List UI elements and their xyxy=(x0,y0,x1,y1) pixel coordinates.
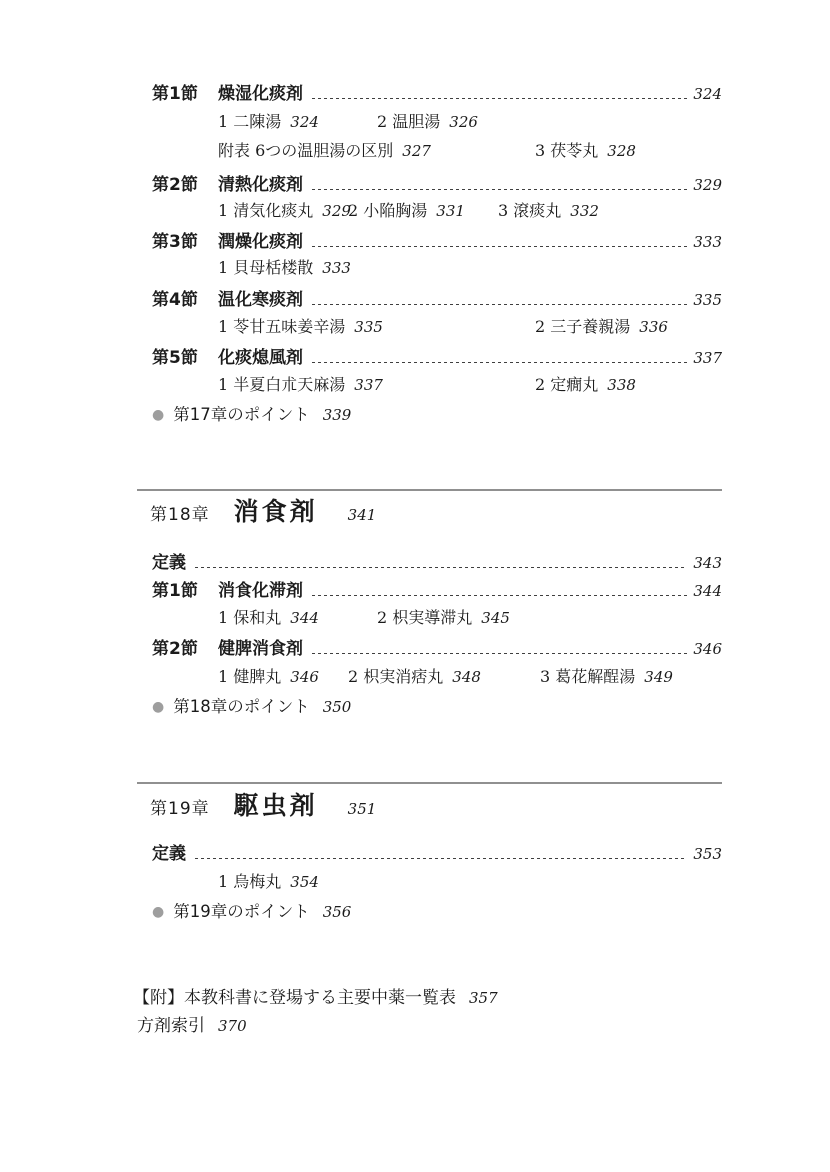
item-label: 3 茯苓丸 xyxy=(535,141,598,160)
item-page-number: 333 xyxy=(322,259,351,277)
toc-section-row: 第2節 健脾消食剤 346 xyxy=(152,637,722,661)
item-page-number: 326 xyxy=(449,113,478,131)
dotted-leader xyxy=(312,173,687,197)
item-page-number: 329 xyxy=(322,202,351,220)
section-number-label: 第1節 xyxy=(152,82,218,106)
section-number-label: 第1節 xyxy=(152,579,218,603)
definition-label: 定義 xyxy=(152,842,186,866)
page-number: 356 xyxy=(323,900,352,924)
item-label: 3 葛花解酲湯 xyxy=(540,667,635,686)
item-page-number: 324 xyxy=(290,113,319,131)
item-label: 1 二陳湯 xyxy=(218,112,281,131)
toc-item: 3 滾痰丸332 xyxy=(498,199,599,223)
item-page-number: 332 xyxy=(570,202,599,220)
section-title: 温化寒痰剤 xyxy=(218,288,303,312)
toc-section-row: 第1節 燥湿化痰剤 324 xyxy=(152,82,722,106)
toc-item: 2 定癇丸338 xyxy=(535,373,636,397)
point-label: 第19章のポイント xyxy=(173,900,310,924)
toc-page: 第1節 燥湿化痰剤 324 1 二陳湯324 2 温胆湯326 附表 6つの温胆… xyxy=(0,0,830,1172)
appendix-row: 【附】本教科書に登場する主要中薬一覧表 357 xyxy=(133,985,498,1011)
toc-item: 1 半夏白朮天麻湯337 xyxy=(218,373,383,397)
item-label: 2 枳実導滞丸 xyxy=(377,608,472,627)
item-label: 1 保和丸 xyxy=(218,608,281,627)
toc-item: 2 枳実消痞丸348 xyxy=(348,665,481,689)
item-label: 2 温胆湯 xyxy=(377,112,440,131)
section-number-label: 第3節 xyxy=(152,230,218,254)
toc-section-row: 第2節 清熱化痰剤 329 xyxy=(152,173,722,197)
toc-definition-row: 定義 353 xyxy=(152,842,722,866)
chapter-title: 消食剤 xyxy=(234,492,318,528)
page-number: 343 xyxy=(693,551,722,575)
page-number: 333 xyxy=(693,230,722,254)
toc-item: 3 葛花解酲湯349 xyxy=(540,665,673,689)
chapter-heading: 第18章 消食剤 341 xyxy=(150,492,376,528)
item-page-number: 346 xyxy=(290,668,319,686)
toc-item-row: 1 苓甘五味姜辛湯335 2 三子養親湯336 xyxy=(137,315,722,339)
toc-section-row: 第3節 潤燥化痰剤 333 xyxy=(152,230,722,254)
dotted-leader xyxy=(312,288,687,312)
item-label: 1 清気化痰丸 xyxy=(218,201,313,220)
toc-item-row: 1 烏梅丸354 xyxy=(137,870,722,894)
definition-label: 定義 xyxy=(152,551,186,575)
chapter-number: 第18章 xyxy=(150,500,210,525)
item-page-number: 338 xyxy=(607,376,636,394)
item-label: 1 苓甘五味姜辛湯 xyxy=(218,317,345,336)
toc-section-row: 第1節 消食化滞剤 344 xyxy=(152,579,722,603)
toc-item: 2 小陥胸湯331 xyxy=(348,199,465,223)
toc-item-row: 1 貝母栝楼散333 xyxy=(137,256,722,280)
page-number: 344 xyxy=(693,579,722,603)
page-number: 329 xyxy=(693,173,722,197)
page-number: 357 xyxy=(469,985,498,1011)
section-title: 健脾消食剤 xyxy=(218,637,303,661)
item-page-number: 345 xyxy=(481,609,510,627)
bullet-icon: ● xyxy=(152,403,164,427)
index-row: 方剤索引 370 xyxy=(137,1013,247,1039)
toc-item: 1 保和丸344 xyxy=(218,606,319,630)
chapter-divider-rule xyxy=(137,489,722,491)
item-page-number: 337 xyxy=(354,376,383,394)
dotted-leader xyxy=(312,579,687,603)
page-number: 350 xyxy=(323,695,352,719)
toc-section-row: 第5節 化痰熄風剤 337 xyxy=(152,346,722,370)
dotted-leader xyxy=(195,551,687,575)
page-number: 353 xyxy=(693,842,722,866)
page-number: 370 xyxy=(218,1013,247,1039)
toc-section-row: 第4節 温化寒痰剤 335 xyxy=(152,288,722,312)
item-page-number: 331 xyxy=(436,202,465,220)
item-page-number: 349 xyxy=(644,668,673,686)
section-title: 潤燥化痰剤 xyxy=(218,230,303,254)
dotted-leader xyxy=(195,842,687,866)
point-label: 第17章のポイント xyxy=(173,403,310,427)
page-number: 335 xyxy=(693,288,722,312)
item-page-number: 327 xyxy=(402,142,431,160)
bullet-icon: ● xyxy=(152,900,164,924)
toc-item-row: 附表 6つの温胆湯の区別327 3 茯苓丸328 xyxy=(137,139,722,163)
item-label: 2 定癇丸 xyxy=(535,375,598,394)
bullet-icon: ● xyxy=(152,695,164,719)
toc-item: 1 清気化痰丸329 xyxy=(218,199,351,223)
chapter-heading: 第19章 駆虫剤 351 xyxy=(150,786,376,822)
section-title: 清熱化痰剤 xyxy=(218,173,303,197)
chapter-point-row: ● 第17章のポイント 339 xyxy=(152,403,351,427)
item-label: 1 貝母栝楼散 xyxy=(218,258,313,277)
chapter-number: 第19章 xyxy=(150,794,210,819)
chapter-point-row: ● 第19章のポイント 356 xyxy=(152,900,351,924)
item-page-number: 336 xyxy=(639,318,668,336)
item-label: 1 半夏白朮天麻湯 xyxy=(218,375,345,394)
toc-item-row: 1 半夏白朮天麻湯337 2 定癇丸338 xyxy=(137,373,722,397)
toc-item: 2 三子養親湯336 xyxy=(535,315,668,339)
item-page-number: 354 xyxy=(290,873,319,891)
toc-item: 1 健脾丸346 xyxy=(218,665,319,689)
item-label: 附表 6つの温胆湯の区別 xyxy=(218,141,393,160)
toc-item: 1 貝母栝楼散333 xyxy=(218,256,351,280)
toc-item: 2 枳実導滞丸345 xyxy=(377,606,510,630)
chapter-page-number: 351 xyxy=(348,797,377,821)
page-number: 339 xyxy=(323,403,352,427)
dotted-leader xyxy=(312,346,687,370)
item-label: 3 滾痰丸 xyxy=(498,201,561,220)
dotted-leader xyxy=(312,637,687,661)
toc-item-row: 1 二陳湯324 2 温胆湯326 xyxy=(137,110,722,134)
toc-item-row: 1 保和丸344 2 枳実導滞丸345 xyxy=(137,606,722,630)
item-label: 2 小陥胸湯 xyxy=(348,201,427,220)
item-page-number: 328 xyxy=(607,142,636,160)
point-label: 第18章のポイント xyxy=(173,695,310,719)
toc-item-row: 1 健脾丸346 2 枳実消痞丸348 3 葛花解酲湯349 xyxy=(137,665,722,689)
chapter-page-number: 341 xyxy=(348,503,377,527)
appendix-label: 【附】本教科書に登場する主要中薬一覧表 xyxy=(133,985,456,1011)
index-label: 方剤索引 xyxy=(137,1013,205,1039)
section-number-label: 第2節 xyxy=(152,637,218,661)
toc-item: 1 二陳湯324 xyxy=(218,110,319,134)
section-number-label: 第2節 xyxy=(152,173,218,197)
toc-item: 1 苓甘五味姜辛湯335 xyxy=(218,315,383,339)
section-title: 化痰熄風剤 xyxy=(218,346,303,370)
item-label: 2 枳実消痞丸 xyxy=(348,667,443,686)
item-page-number: 335 xyxy=(354,318,383,336)
item-label: 2 三子養親湯 xyxy=(535,317,630,336)
dotted-leader xyxy=(312,230,687,254)
section-title: 燥湿化痰剤 xyxy=(218,82,303,106)
toc-item: 3 茯苓丸328 xyxy=(535,139,636,163)
chapter-divider-rule xyxy=(137,782,722,784)
item-page-number: 344 xyxy=(290,609,319,627)
section-number-label: 第4節 xyxy=(152,288,218,312)
toc-item-row: 1 清気化痰丸329 2 小陥胸湯331 3 滾痰丸332 xyxy=(137,199,722,223)
item-label: 1 烏梅丸 xyxy=(218,872,281,891)
page-number: 337 xyxy=(693,346,722,370)
item-page-number: 348 xyxy=(452,668,481,686)
chapter-title: 駆虫剤 xyxy=(234,786,318,822)
toc-item: 1 烏梅丸354 xyxy=(218,870,319,894)
page-number: 346 xyxy=(693,637,722,661)
toc-item: 附表 6つの温胆湯の区別327 xyxy=(218,139,431,163)
section-title: 消食化滞剤 xyxy=(218,579,303,603)
item-label: 1 健脾丸 xyxy=(218,667,281,686)
toc-definition-row: 定義 343 xyxy=(152,551,722,575)
toc-item: 2 温胆湯326 xyxy=(377,110,478,134)
chapter-point-row: ● 第18章のポイント 350 xyxy=(152,695,351,719)
section-number-label: 第5節 xyxy=(152,346,218,370)
dotted-leader xyxy=(312,82,687,106)
page-number: 324 xyxy=(693,82,722,106)
